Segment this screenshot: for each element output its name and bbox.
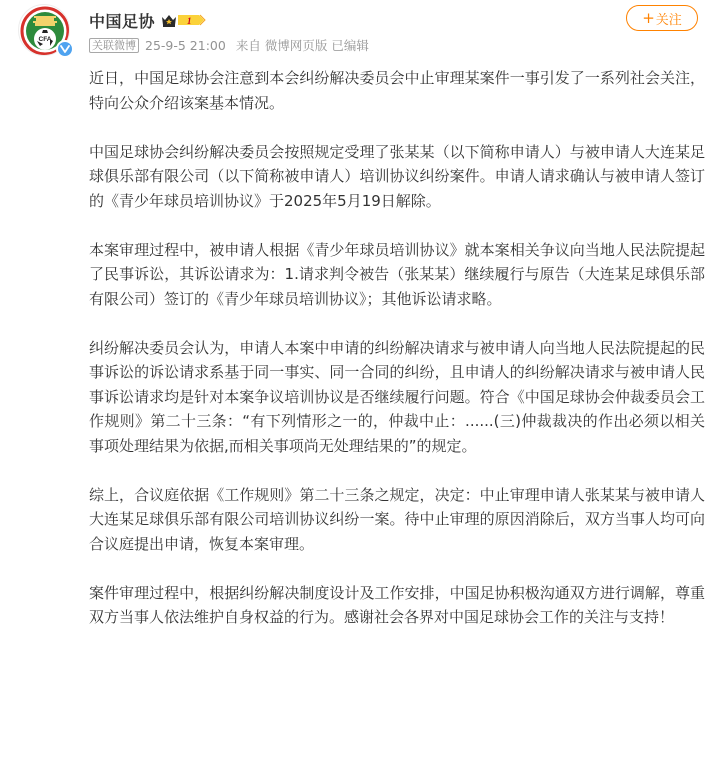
post-meta: 关联微博 25-9-5 21:00 来自 微博网页版 已编辑	[89, 36, 369, 54]
verified-badge	[56, 40, 74, 58]
related-weibo-tag[interactable]: 关联微博	[89, 38, 139, 53]
paragraph-decision: 综上，合议庭依据《工作规则》第二十三条之规定，决定：中止审理申请人张某某与被申请…	[89, 483, 705, 557]
paragraph-case-accepted: 中国足球协会纠纷解决委员会按照规定受理了张某某（以下简称申请人）与被申请人大连某…	[89, 140, 705, 214]
post-source: 微博网页版	[265, 36, 328, 54]
post-header: CFA 中国足协 1 关联微博 25-9-5 21:00 来自	[0, 0, 713, 60]
plus-icon: +	[642, 11, 655, 26]
post-timestamp[interactable]: 25-9-5 21:00	[145, 38, 226, 53]
author-row: 中国足协 1	[89, 9, 206, 31]
svg-text:CFA: CFA	[39, 36, 52, 43]
paragraph-committee-opinion: 纠纷解决委员会认为，申请人本案中申请的纠纷解决请求与被申请人向当地人民法院提起的…	[89, 336, 705, 459]
post-body: 近日，中国足球协会注意到本会纠纷解决委员会中止审理某案件一事引发了一系列社会关注…	[89, 66, 705, 654]
verified-v-icon	[60, 45, 70, 53]
author-name[interactable]: 中国足协	[89, 9, 155, 32]
paragraph-mediation-thanks: 案件审理过程中，根据纠纷解决制度设计及工作安排，中国足协积极沟通双方进行调解，尊…	[89, 581, 705, 630]
paragraph-intro: 近日，中国足球协会注意到本会纠纷解决委员会中止审理某案件一事引发了一系列社会关注…	[89, 66, 705, 115]
paragraph-civil-lawsuit: 本案审理过程中，被申请人根据《青少年球员培训协议》就本案相关争议向当地人民法院提…	[89, 238, 705, 312]
crown-icon	[161, 14, 177, 27]
vip-level-tag: 1	[178, 14, 206, 26]
follow-button[interactable]: + 关注	[626, 5, 698, 31]
edited-label[interactable]: 已编辑	[331, 36, 369, 54]
vip-badge[interactable]: 1	[161, 14, 206, 27]
follow-label: 关注	[656, 9, 682, 28]
avatar[interactable]: CFA	[18, 4, 70, 56]
svg-text:1: 1	[187, 16, 192, 26]
source-label: 来自	[236, 36, 261, 54]
